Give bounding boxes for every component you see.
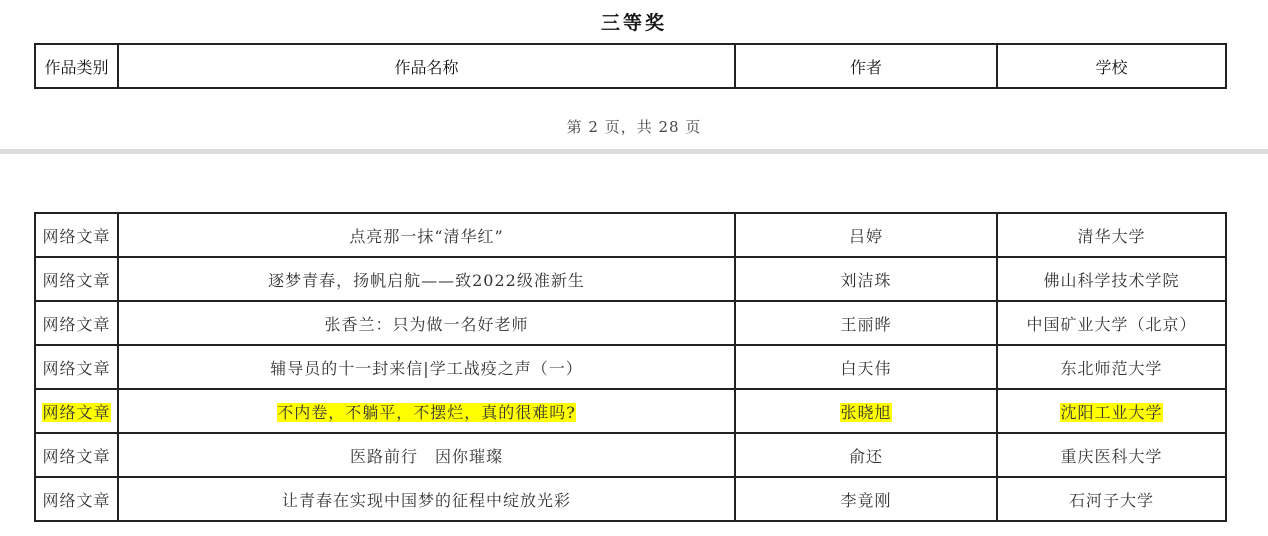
cell-school: 重庆医科大学	[997, 433, 1226, 477]
cell-school: 清华大学	[997, 213, 1226, 257]
cell-title: 辅导员的十一封来信|学工战疫之声（一）	[118, 345, 735, 389]
cell-title: 逐梦青春，扬帆启航——致2022级准新生	[118, 257, 735, 301]
cell-title: 医路前行 因你璀璨	[118, 433, 735, 477]
cell-title: 不内卷，不躺平，不摆烂，真的很难吗?	[118, 389, 735, 433]
highlighted-text: 张晓旭	[840, 403, 891, 422]
cell-school: 东北师范大学	[997, 345, 1226, 389]
cell-author: 俞还	[735, 433, 997, 477]
table-row-highlighted: 网络文章 不内卷，不躺平，不摆烂，真的很难吗? 张晓旭 沈阳工业大学	[35, 389, 1226, 433]
highlighted-text: 不内卷，不躺平，不摆烂，真的很难吗?	[277, 403, 576, 422]
cell-title: 张香兰：只为做一名好老师	[118, 301, 735, 345]
cell-category: 网络文章	[35, 389, 118, 433]
cell-category: 网络文章	[35, 433, 118, 477]
cell-school: 石河子大学	[997, 477, 1226, 521]
table-row: 网络文章 点亮那一抹“清华红” 吕婷 清华大学	[35, 213, 1226, 257]
header-category: 作品类别	[35, 44, 118, 88]
header-table: 作品类别 作品名称 作者 学校	[34, 43, 1227, 89]
cell-school: 佛山科学技术学院	[997, 257, 1226, 301]
cell-school: 沈阳工业大学	[997, 389, 1226, 433]
table-row: 网络文章 逐梦青春，扬帆启航——致2022级准新生 刘洁珠 佛山科学技术学院	[35, 257, 1226, 301]
cell-school: 中国矿业大学（北京）	[997, 301, 1226, 345]
page-number: 第 2 页，共 28 页	[0, 116, 1268, 137]
header-author: 作者	[735, 44, 997, 88]
cell-category: 网络文章	[35, 345, 118, 389]
table-row: 网络文章 辅导员的十一封来信|学工战疫之声（一） 白天伟 东北师范大学	[35, 345, 1226, 389]
cell-category: 网络文章	[35, 213, 118, 257]
header-row: 作品类别 作品名称 作者 学校	[35, 44, 1226, 88]
table-row: 网络文章 张香兰：只为做一名好老师 王丽晔 中国矿业大学（北京）	[35, 301, 1226, 345]
cell-author: 白天伟	[735, 345, 997, 389]
cell-category: 网络文章	[35, 477, 118, 521]
page-separator	[0, 149, 1268, 154]
cell-title: 让青春在实现中国梦的征程中绽放光彩	[118, 477, 735, 521]
cell-title: 点亮那一抹“清华红”	[118, 213, 735, 257]
table-row: 网络文章 医路前行 因你璀璨 俞还 重庆医科大学	[35, 433, 1226, 477]
header-school: 学校	[997, 44, 1226, 88]
page-1-bottom: 三等奖 作品类别 作品名称 作者 学校 第 2 页，共 28 页	[0, 0, 1268, 149]
cell-author: 张晓旭	[735, 389, 997, 433]
highlighted-text: 网络文章	[42, 403, 110, 422]
cell-author: 刘洁珠	[735, 257, 997, 301]
cell-category: 网络文章	[35, 301, 118, 345]
table-row: 网络文章 让青春在实现中国梦的征程中绽放光彩 李竟刚 石河子大学	[35, 477, 1226, 521]
award-title: 三等奖	[0, 8, 1268, 35]
cell-category: 网络文章	[35, 257, 118, 301]
cell-author: 王丽晔	[735, 301, 997, 345]
awards-table: 网络文章 点亮那一抹“清华红” 吕婷 清华大学 网络文章 逐梦青春，扬帆启航——…	[34, 212, 1227, 522]
highlighted-text: 沈阳工业大学	[1060, 403, 1162, 422]
header-title: 作品名称	[118, 44, 735, 88]
cell-author: 吕婷	[735, 213, 997, 257]
cell-author: 李竟刚	[735, 477, 997, 521]
